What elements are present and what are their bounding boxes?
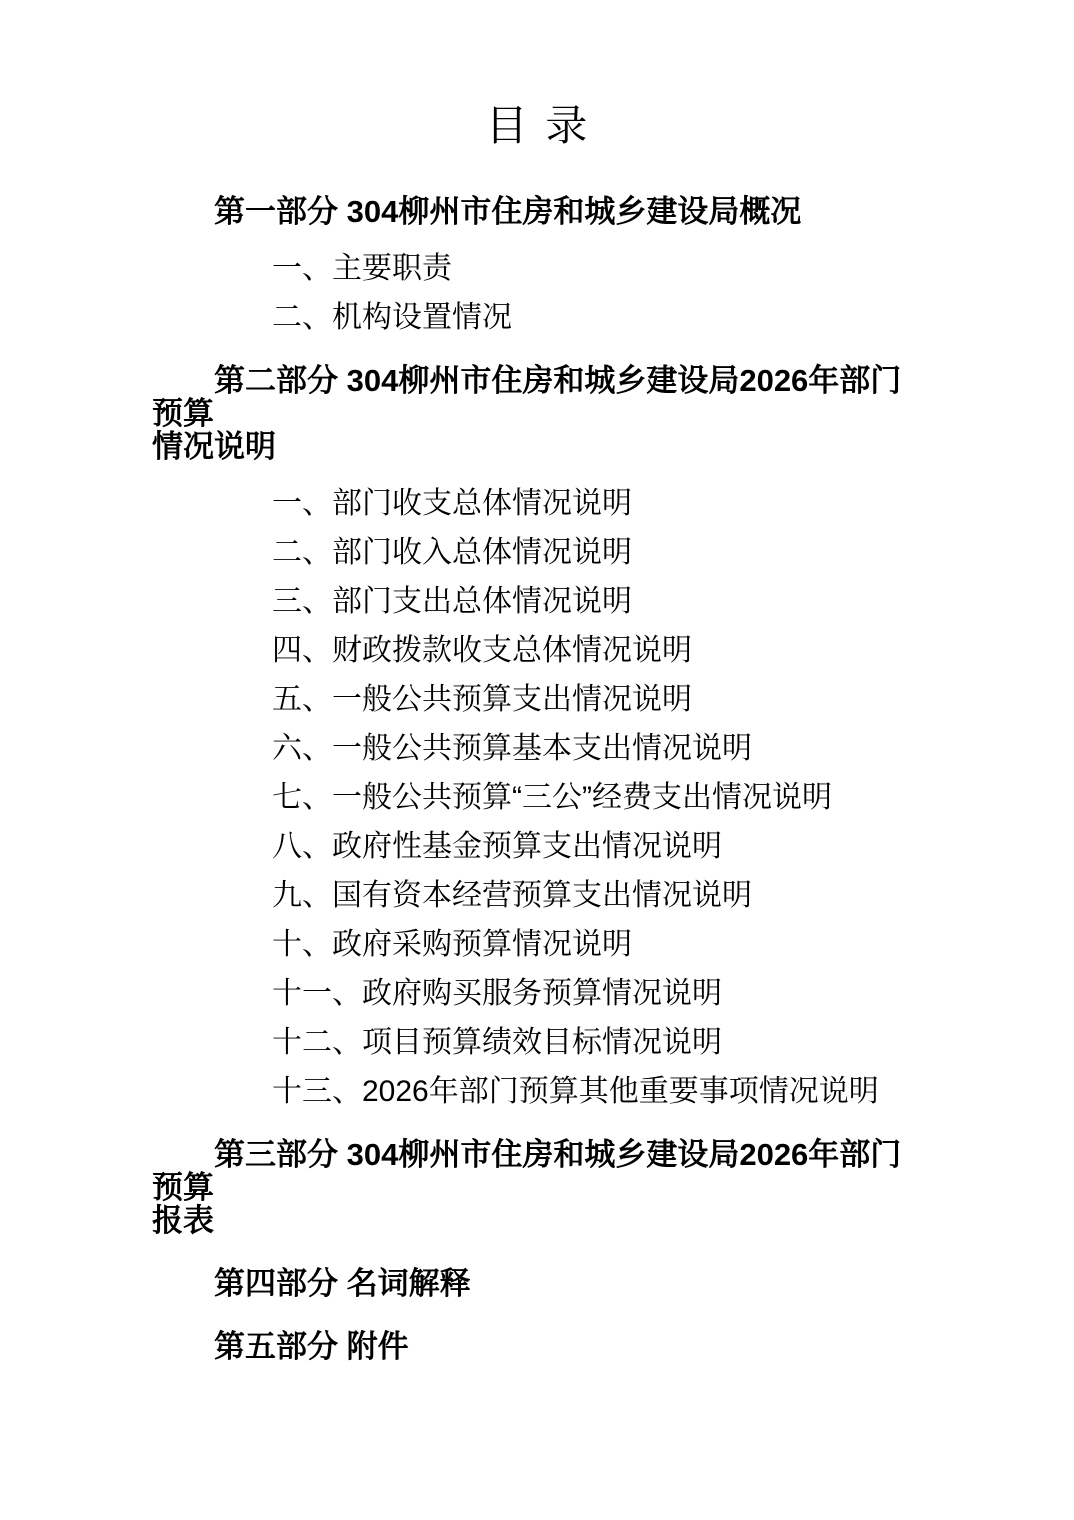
toc-item-part2-12: 十二、项目预算绩效目标情况说明: [152, 1026, 924, 1059]
toc-item-part2-11: 十一、政府购买服务预算情况说明: [152, 977, 924, 1010]
toc-item-part2-2: 二、部门收入总体情况说明: [152, 536, 924, 569]
part2-heading-line1: 第二部分 304柳州市住房和城乡建设局2026年部门预算: [152, 364, 924, 430]
toc-item-part1-1: 一、主要职责: [152, 252, 924, 285]
toc-item-part2-3: 三、部门支出总体情况说明: [152, 585, 924, 618]
toc-item-part2-9: 九、国有资本经营预算支出情况说明: [152, 879, 924, 912]
page-title: 目 录: [152, 103, 924, 149]
toc-item-part1-2: 二、机构设置情况: [152, 301, 924, 334]
part1-heading: 第一部分 304柳州市住房和城乡建设局概况: [152, 195, 924, 228]
part4-heading: 第四部分 名词解释: [152, 1267, 924, 1300]
toc-item-part2-6: 六、一般公共预算基本支出情况说明: [152, 732, 924, 765]
part5-heading: 第五部分 附件: [152, 1330, 924, 1363]
part3-heading-line2: 报表: [152, 1204, 924, 1237]
toc-item-part2-13: 十三、2026年部门预算其他重要事项情况说明: [152, 1075, 924, 1108]
toc-item-part2-7: 七、一般公共预算“三公”经费支出情况说明: [152, 781, 924, 814]
toc-item-part2-10: 十、政府采购预算情况说明: [152, 928, 924, 961]
toc-item-part2-8: 八、政府性基金预算支出情况说明: [152, 830, 924, 863]
document-page: 目 录 第一部分 304柳州市住房和城乡建设局概况 一、主要职责 二、机构设置情…: [0, 0, 1074, 1520]
toc-item-part2-4: 四、财政拨款收支总体情况说明: [152, 634, 924, 667]
part2-heading: 第二部分 304柳州市住房和城乡建设局2026年部门预算 情况说明: [152, 364, 924, 463]
part2-heading-line2: 情况说明: [152, 430, 924, 463]
part3-heading-line1: 第三部分 304柳州市住房和城乡建设局2026年部门预算: [152, 1138, 924, 1204]
toc-item-part2-1: 一、部门收支总体情况说明: [152, 487, 924, 520]
toc-item-part2-5: 五、一般公共预算支出情况说明: [152, 683, 924, 716]
part3-heading: 第三部分 304柳州市住房和城乡建设局2026年部门预算 报表: [152, 1138, 924, 1237]
